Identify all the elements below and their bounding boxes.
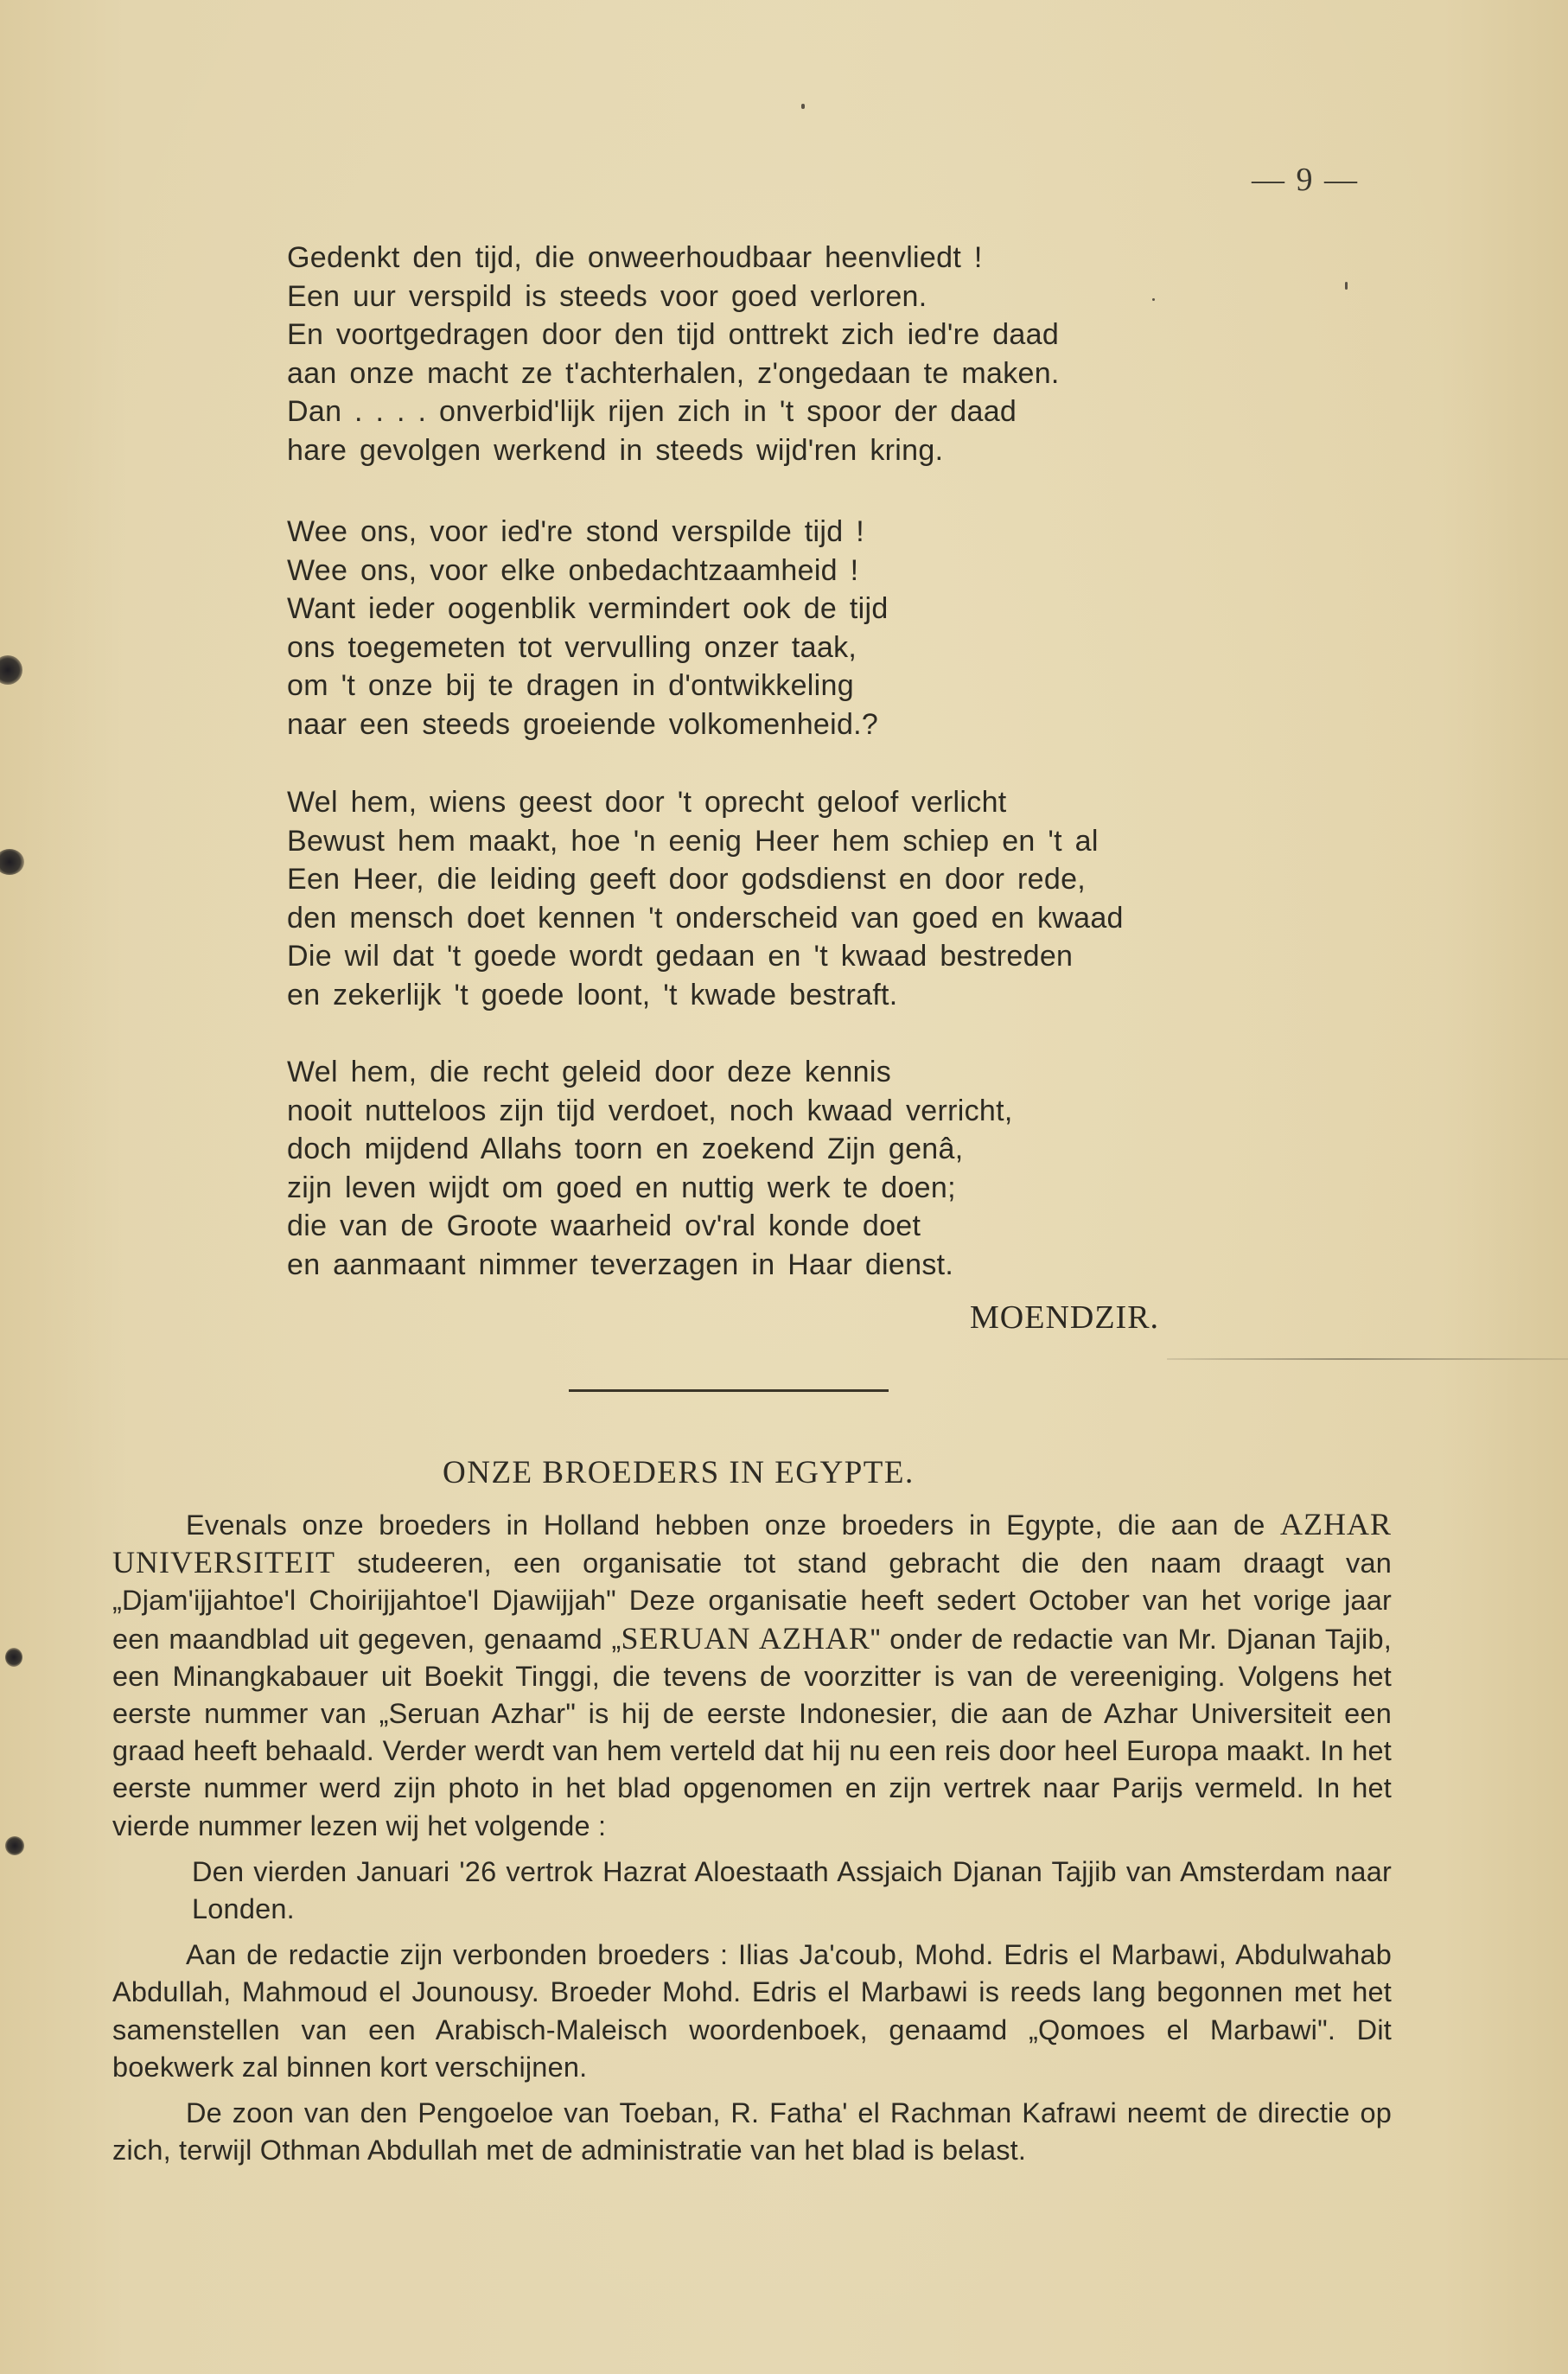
- poem-line: en zekerlijk 't goede loont, 't kwade be…: [287, 976, 1221, 1015]
- poem-line: Wel hem, die recht geleid door deze kenn…: [287, 1053, 1221, 1092]
- poem-line: Gedenkt den tijd, die onweerhoudbaar hee…: [287, 239, 1221, 278]
- poem-line: Want ieder oogenblik vermindert ook de t…: [287, 590, 1221, 629]
- poem-stanza: Wel hem, die recht geleid door deze kenn…: [287, 1053, 1221, 1284]
- article-paragraph: De zoon van den Pengoeloe van Toeban, R.…: [112, 2095, 1392, 2169]
- section-divider: [569, 1389, 889, 1392]
- poem-line: Een uur verspild is steeds voor goed ver…: [287, 278, 1221, 316]
- article-paragraph: Evenals onze broeders in Holland hebben …: [112, 1506, 1392, 1845]
- poem-line: Wee ons, voor elke onbedachtzaamheid !: [287, 552, 1221, 590]
- poem-stanza: Wel hem, wiens geest door 't oprecht gel…: [287, 783, 1221, 1014]
- poem-signature: MOENDZIR.: [970, 1299, 1159, 1337]
- poem-line: Bewust hem maakt, hoe 'n eenig Heer hem …: [287, 822, 1221, 861]
- faint-rule: [1167, 1358, 1568, 1360]
- poem-line: om 't onze bij te dragen in d'ontwikkeli…: [287, 667, 1221, 705]
- poem-line: En voortgedragen door den tijd onttrekt …: [287, 316, 1221, 354]
- poem-line: aan onze macht ze t'achterhalen, z'onged…: [287, 354, 1221, 393]
- scanned-page: — 9 — Gedenkt den tijd, die onweerhoudba…: [0, 0, 1568, 2374]
- poem-line: Een Heer, die leiding geeft door godsdie…: [287, 860, 1221, 899]
- poem-line: doch mijdend Allahs toorn en zoekend Zij…: [287, 1130, 1221, 1169]
- article-body: Evenals onze broeders in Holland hebben …: [112, 1506, 1392, 2169]
- binding-hole-icon: [5, 1648, 22, 1667]
- poem-line: zijn leven wijdt om goed en nuttig werk …: [287, 1169, 1221, 1208]
- paper-speck: [1345, 282, 1348, 290]
- paper-speck: [1152, 298, 1155, 301]
- poem-line: Dan . . . . onverbid'lijk rijen zich in …: [287, 392, 1221, 431]
- article-paragraph: Aan de redactie zijn verbonden broeders …: [112, 1937, 1392, 2086]
- poem-line: die van de Groote waarheid ov'ral konde …: [287, 1207, 1221, 1246]
- caps-term: AZHAR UNIVERSITEIT: [112, 1507, 1392, 1579]
- poem-line: hare gevolgen werkend in steeds wijd'ren…: [287, 431, 1221, 470]
- binding-hole-icon: [0, 849, 24, 875]
- binding-hole-icon: [0, 655, 22, 685]
- poem-line: Wel hem, wiens geest door 't oprecht gel…: [287, 783, 1221, 822]
- poem-line: Wee ons, voor ied're stond verspilde tij…: [287, 513, 1221, 552]
- poem-stanza: Gedenkt den tijd, die onweerhoudbaar hee…: [287, 239, 1221, 469]
- page-number: — 9 —: [1252, 161, 1359, 199]
- article-title: ONZE BROEDERS IN EGYPTE.: [443, 1454, 915, 1491]
- poem-line: den mensch doet kennen 't onderscheid va…: [287, 899, 1221, 938]
- poem-line: en aanmaant nimmer teverzagen in Haar di…: [287, 1246, 1221, 1285]
- poem-line: ons toegemeten tot vervulling onzer taak…: [287, 629, 1221, 667]
- poem-stanza: Wee ons, voor ied're stond verspilde tij…: [287, 513, 1221, 743]
- poem-line: nooit nutteloos zijn tijd verdoet, noch …: [287, 1092, 1221, 1131]
- caps-term: SERUAN AZHAR: [621, 1621, 870, 1656]
- poem-line: naar een steeds groeiende volkomenheid.?: [287, 705, 1221, 744]
- paper-speck: [801, 104, 805, 109]
- article-quote: Den vierden Januari '26 vertrok Hazrat A…: [192, 1854, 1392, 1928]
- poem-line: Die wil dat 't goede wordt gedaan en 't …: [287, 937, 1221, 976]
- binding-hole-icon: [5, 1836, 24, 1855]
